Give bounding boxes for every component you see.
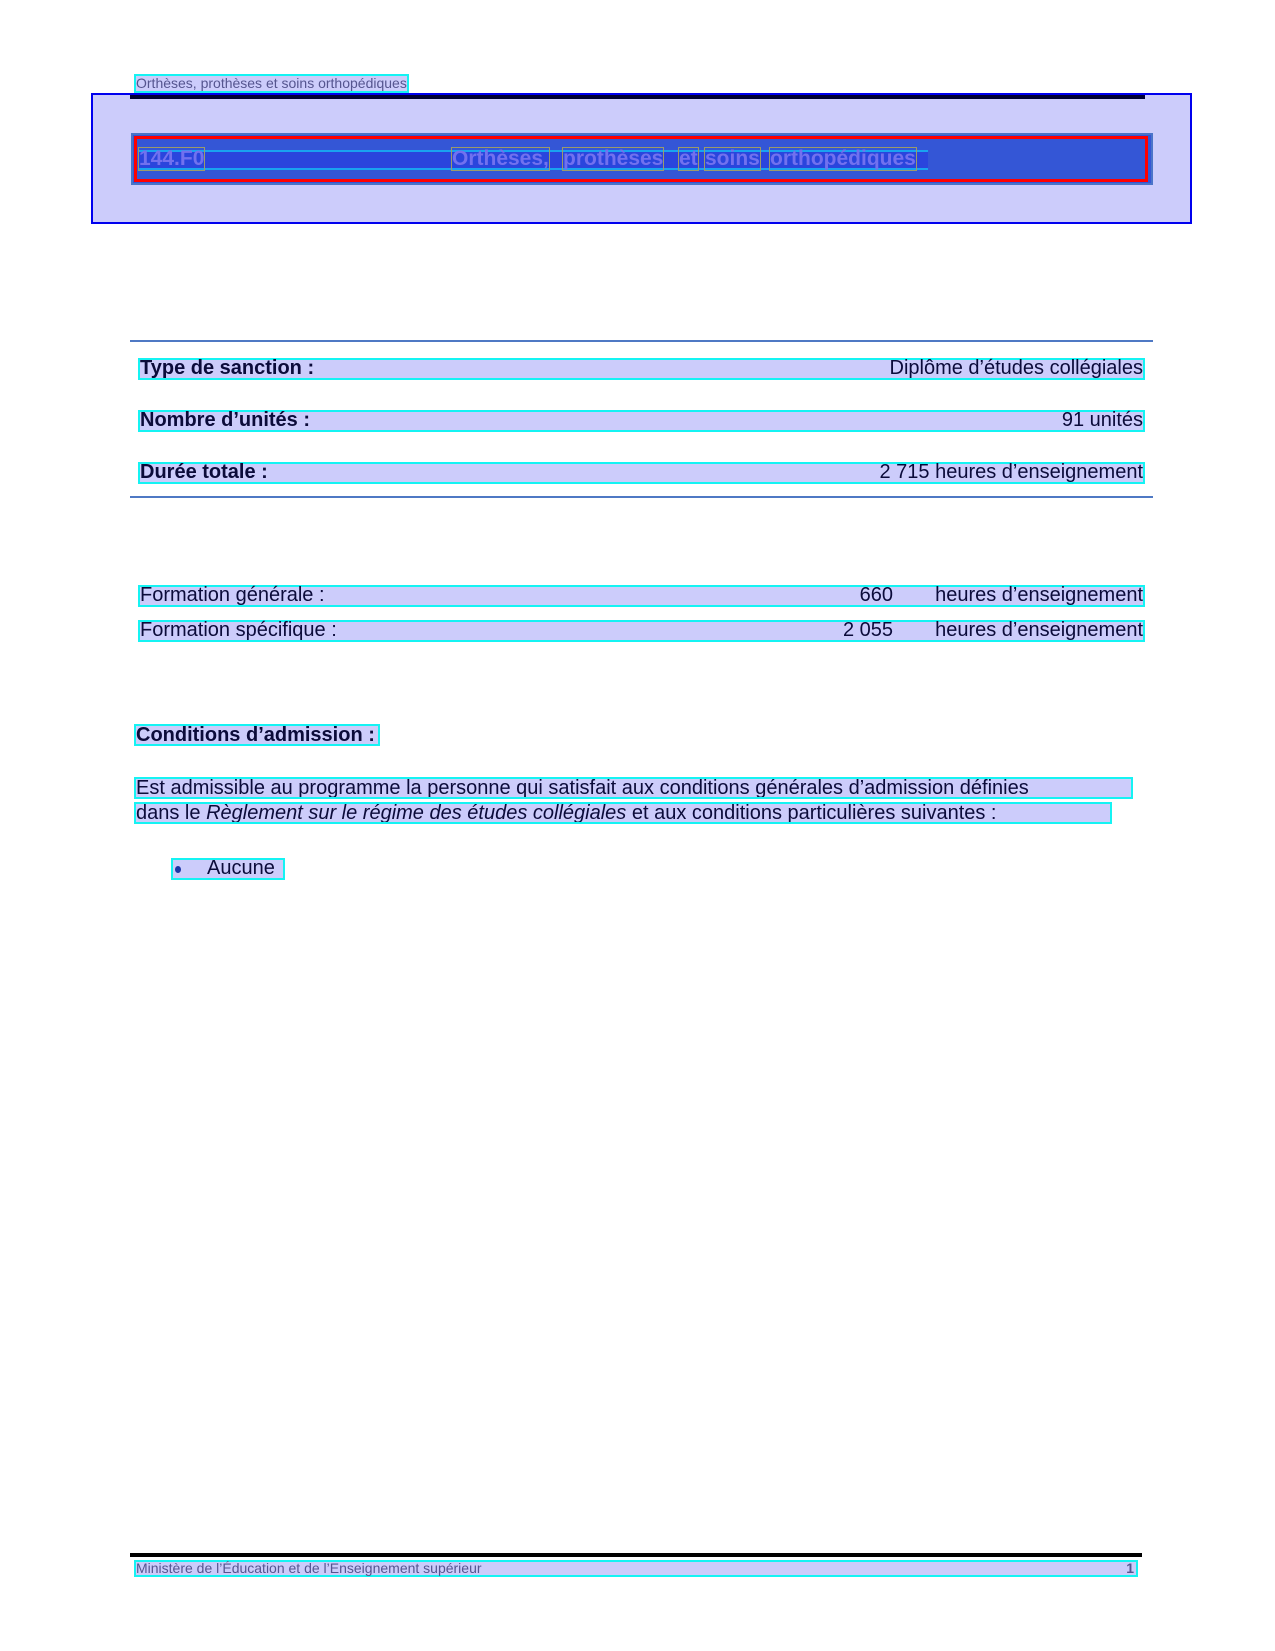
info-top-rule [130,340,1153,342]
paragraph-prefix: dans le [136,802,206,824]
info-row-units: Nombre d’unités : 91 unités [140,412,1143,430]
program-title-word: Orthèses, [452,148,549,170]
formation-row-specific: Formation spécifique : 2 055 heures d’en… [140,622,1143,640]
program-title-word: soins [705,148,760,170]
list-item-text: Aucune [207,859,275,877]
program-title-word: orthopédiques [770,148,916,170]
page-number: 1 [1126,1562,1134,1575]
header-rule [130,95,1145,99]
info-value: Diplôme d’études collégiales [890,359,1143,377]
admission-paragraph-line1: Est admissible au programme la personne … [136,779,1131,797]
running-header: Orthèses, prothèses et soins orthopédiqu… [136,76,407,91]
list-item: Aucune [173,860,283,878]
info-label: Durée totale : [140,463,268,481]
info-label: Type de sanction : [140,359,314,377]
info-row-sanction: Type de sanction : Diplôme d’études coll… [140,360,1143,378]
formation-unit: heures d’enseignement [935,621,1143,639]
program-title-word: prothèses [563,148,663,170]
regulation-title: Règlement sur le régime des études collé… [206,802,626,824]
info-value: 91 unités [1062,411,1143,429]
formation-hours: 660 [860,586,893,604]
admission-heading: Conditions d’admission : [136,726,378,744]
formation-row-general: Formation générale : 660 heures d’enseig… [140,587,1143,605]
program-code: 144.F0 [139,148,204,170]
formation-label: Formation générale : [140,586,325,604]
program-title-word: et [679,148,698,170]
formation-unit: heures d’enseignement [935,586,1143,604]
formation-hours: 2 055 [843,621,893,639]
formation-label: Formation spécifique : [140,621,337,639]
info-row-duration: Durée totale : 2 715 heures d’enseigneme… [140,464,1143,482]
info-label: Nombre d’unités : [140,411,310,429]
paragraph-suffix: et aux conditions particulières suivante… [626,802,996,824]
admission-paragraph-line2: dans le Règlement sur le régime des étud… [136,804,1110,822]
footer-ministry: Ministère de l’Éducation et de l’Enseign… [136,1562,482,1575]
footer: Ministère de l’Éducation et de l’Enseign… [136,1562,1136,1575]
footer-rule [130,1553,1142,1557]
info-value: 2 715 heures d’enseignement [879,463,1143,481]
info-bottom-rule [130,496,1153,498]
bullet-icon [175,866,181,873]
